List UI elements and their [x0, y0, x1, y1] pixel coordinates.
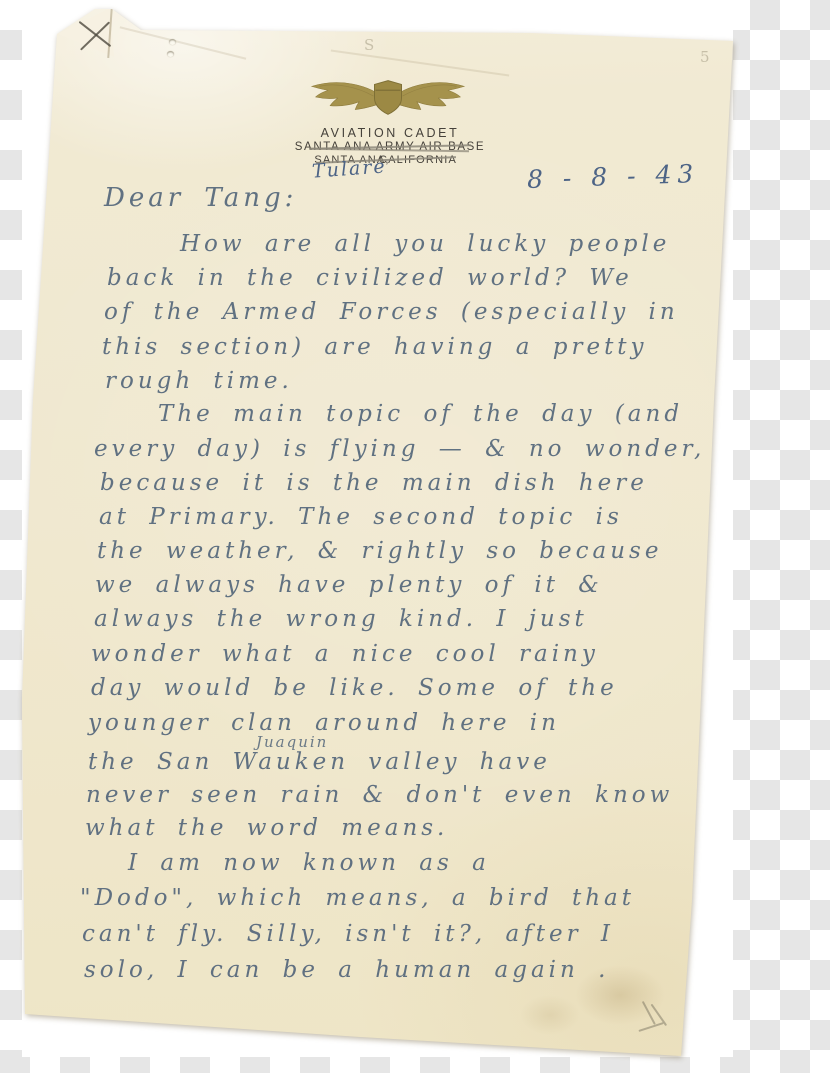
- letter-line: solo, I can be a human again .: [84, 957, 609, 983]
- letter-line: of the Armed Forces (especially in: [104, 299, 679, 325]
- letter-line: The main topic of the day (and: [158, 401, 683, 427]
- letter-line: back in the civilized world? We: [107, 265, 633, 291]
- letter-line: How are all you lucky people: [180, 231, 670, 257]
- letter-line: wonder what a nice cool rainy: [91, 641, 599, 667]
- letter-line: the San Wauken valley have: [88, 749, 551, 775]
- letter-line: we always have plenty of it &: [95, 572, 603, 598]
- staple-hole: [169, 39, 176, 45]
- letter-line: day would be like. Some of the: [91, 675, 618, 701]
- faint-pencil-mark: S: [364, 36, 374, 54]
- salutation: Dear Tang:: [104, 183, 297, 213]
- letter-line: at Primary. The second topic is: [99, 504, 623, 530]
- letter-line: every day) is flying — & no wonder,: [94, 436, 705, 462]
- letter-line: always the wrong kind. I just: [94, 606, 588, 632]
- letter-line: never seen rain & don't even know: [86, 782, 673, 808]
- letter-line: rough time.: [105, 368, 293, 394]
- scanned-letter-image: S 5 AVIATION CADET SANTA ANA ARMY AIR BA…: [0, 0, 830, 1073]
- letter-line: can't fly. Silly, isn't it?, after I: [82, 921, 614, 947]
- letter-paper: S 5 AVIATION CADET SANTA ANA ARMY AIR BA…: [0, 0, 830, 1073]
- aviation-wings-emblem: [306, 74, 470, 120]
- handwritten-date: 8 - 8 - 43: [527, 159, 700, 194]
- letter-line: the weather, & rightly so because: [97, 538, 662, 564]
- letter-line: what the word means.: [85, 815, 448, 841]
- paper-stain: [520, 995, 580, 1035]
- letterhead-title: AVIATION CADET: [321, 126, 460, 140]
- letter-line: because it is the main dish here: [100, 470, 648, 496]
- staple-hole: [167, 51, 174, 57]
- faint-pencil-mark: 5: [700, 48, 710, 66]
- letter-line: I am now known as a: [128, 850, 490, 876]
- letter-line: this section) are having a pretty: [102, 334, 648, 360]
- letter-paper-wrapper: S 5 AVIATION CADET SANTA ANA ARMY AIR BA…: [0, 0, 830, 1073]
- letter-line: "Dodo", which means, a bird that: [80, 885, 635, 911]
